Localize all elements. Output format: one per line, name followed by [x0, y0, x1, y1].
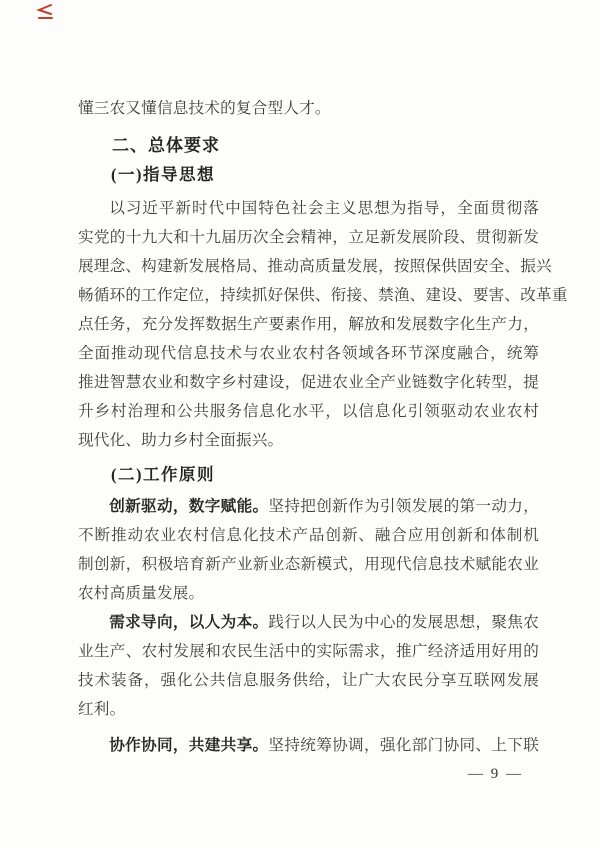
principle-innovation-paragraph: 创新驱动，数字赋能。坚持把创新作为引领发展的第一动力， 不断推动农业农村信息化技… — [78, 492, 539, 608]
document-page: 懂三农又懂信息技术的复合型人才。 二、总体要求 (一)指导思想 以习近平新时代中… — [0, 0, 600, 848]
page-number: — 9 — — [78, 766, 539, 783]
text-line: 展理念、构建新发展格局、推动高质量发展，按照保供固安全、振兴 — [78, 252, 539, 281]
page-content: 懂三农又懂信息技术的复合型人才。 二、总体要求 (一)指导思想 以习近平新时代中… — [78, 0, 539, 783]
text-line: 畅循环的工作定位，持续抓好保供、衔接、禁渔、建设、要害、改革重 — [78, 281, 539, 310]
red-pen-mark-icon — [34, 3, 55, 20]
text-line: 制创新，积极培育新产业新业态新模式，用现代信息技术赋能农业 — [78, 550, 539, 579]
text-line: 推进智慧农业和数字乡村建设，促进农业全产业链数字化转型，提 — [78, 368, 539, 397]
subsection-heading-work-principles: (二)工作原则 — [78, 460, 539, 489]
text-line: 技术装备，强化公共信息服务供给，让广大农民分享互联网发展 — [78, 666, 539, 695]
subsection-heading-guiding-ideology: (一)指导思想 — [78, 160, 539, 189]
text-line: 现代化、助力乡村全面振兴。 — [78, 426, 539, 455]
text-line: 点任务，充分发挥数据生产要素作用，解放和发展数字化生产力， — [78, 310, 539, 339]
text-run: 坚持把创新作为引领发展的第一动力， — [268, 498, 539, 515]
text-line: 升乡村治理和公共服务信息化水平，以信息化引领驱动农业农村 — [78, 397, 539, 426]
principle-collaboration-paragraph: 协作协同，共建共享。坚持统筹协调，强化部门协同、上下联 — [78, 731, 539, 760]
paragraph-continuation-line: 懂三农又懂信息技术的复合型人才。 — [78, 94, 539, 123]
principle-lead-bold: 创新驱动，数字赋能。 — [109, 498, 268, 515]
principle-lead-bold: 需求导向，以人为本。 — [109, 614, 268, 631]
text-line: 实党的十九大和十九届历次全会精神，立足新发展阶段、贯彻新发 — [78, 223, 539, 252]
section-heading: 二、总体要求 — [78, 131, 539, 160]
principle-demand-paragraph: 需求导向，以人为本。践行以人民为中心的发展思想，聚焦农 业生产、农村发展和农民生… — [78, 608, 539, 724]
text-line: 红利。 — [78, 695, 539, 724]
text-line: 以习近平新时代中国特色社会主义思想为指导，全面贯彻落 — [78, 194, 539, 223]
guiding-ideology-paragraph: 以习近平新时代中国特色社会主义思想为指导，全面贯彻落 实党的十九大和十九届历次全… — [78, 194, 539, 455]
text-line: 需求导向，以人为本。践行以人民为中心的发展思想，聚焦农 — [78, 608, 539, 637]
text-line: 不断推动农业农村信息化技术产品创新、融合应用创新和体制机 — [78, 521, 539, 550]
text-run: 坚持统筹协调，强化部门协同、上下联 — [268, 737, 539, 754]
text-line: 业生产、农村发展和农民生活中的实际需求，推广经济适用好用的 — [78, 637, 539, 666]
text-line: 农村高质量发展。 — [78, 579, 539, 608]
text-line: 协作协同，共建共享。坚持统筹协调，强化部门协同、上下联 — [78, 731, 539, 760]
text-line: 创新驱动，数字赋能。坚持把创新作为引领发展的第一动力， — [78, 492, 539, 521]
text-line: 全面推动现代信息技术与农业农村各领域各环节深度融合，统筹 — [78, 339, 539, 368]
principle-lead-bold: 协作协同，共建共享。 — [109, 737, 268, 754]
text-run: 践行以人民为中心的发展思想，聚焦农 — [268, 614, 539, 631]
